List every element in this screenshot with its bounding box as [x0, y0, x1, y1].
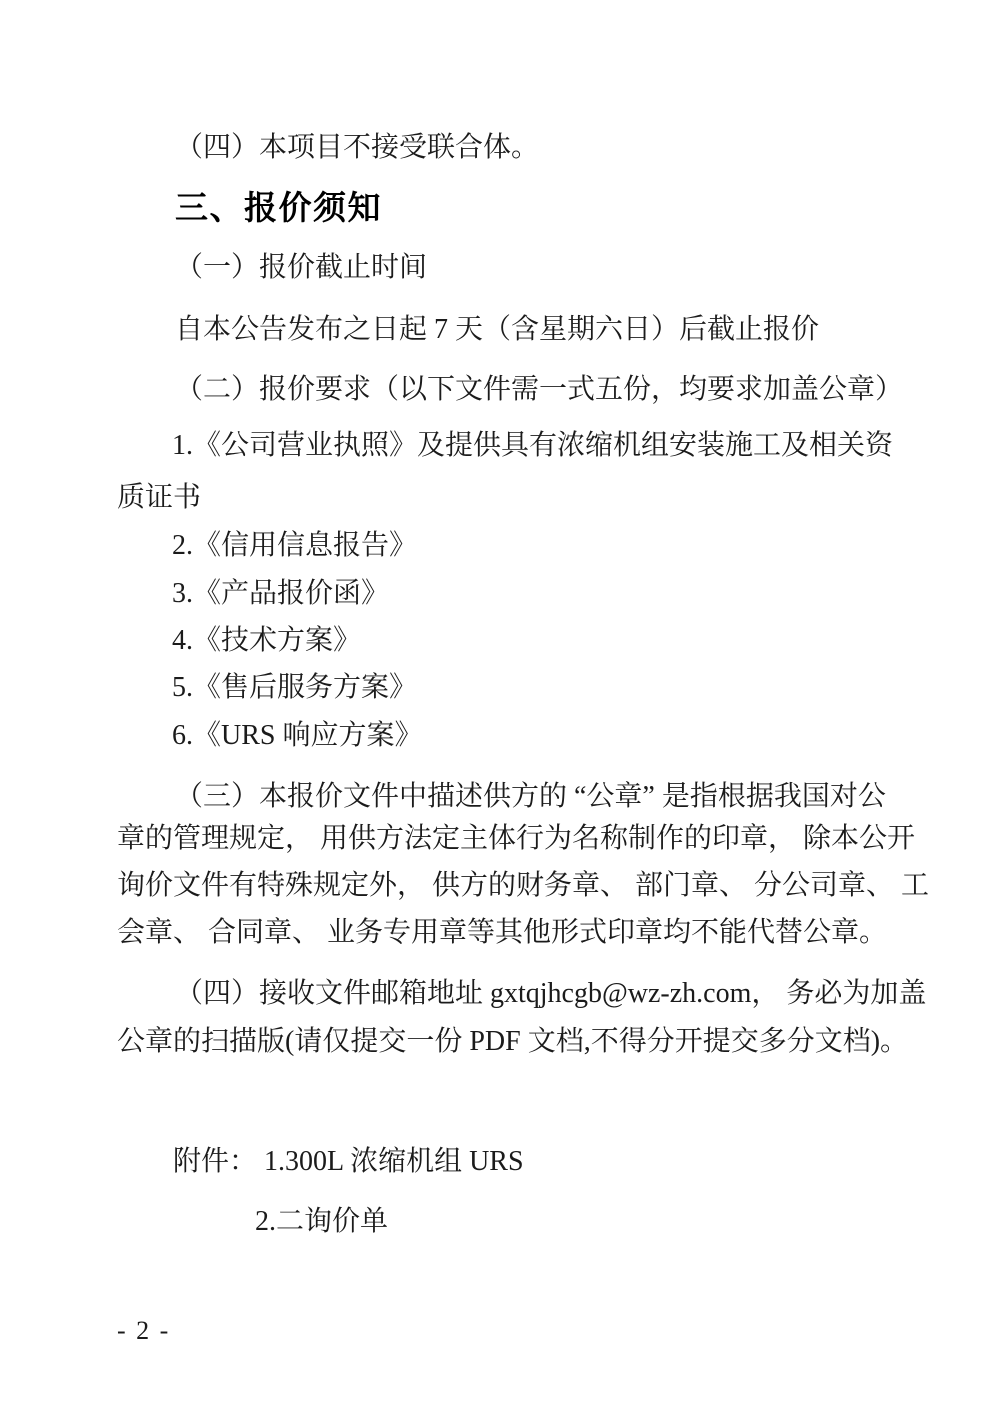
document-page: （四）本项目不接受联合体。 三、报价须知 （一）报价截止时间 自本公告发布之日起…	[0, 0, 1000, 1414]
requirement-item-6: 6.《URS 响应方案》	[172, 719, 422, 753]
requirement-item-2: 2.《信用信息报告》	[172, 529, 417, 563]
subheading-quote-requirements: （二）报价要求（以下文件需一式五份，均要求加盖公章）	[175, 373, 903, 407]
requirement-item-1-line-2: 质证书	[117, 481, 201, 515]
quote-deadline-text: 自本公告发布之日起 7 天（含星期六日）后截止报价	[175, 313, 819, 347]
page-number: - 2 -	[117, 1316, 170, 1346]
section2-item4-line: （四）本项目不接受联合体。	[175, 131, 539, 165]
attachment-item-1: 附件： 1.300L 浓缩机组 URS	[173, 1145, 524, 1179]
seal-paragraph-line-3: 询价文件有特殊规定外， 供方的财务章、 部门章、 分公司章、 工	[117, 869, 929, 903]
requirement-item-5: 5.《售后服务方案》	[172, 671, 417, 705]
email-paragraph-line-1: （四）接收文件邮箱地址 gxtqjhcgb@wz-zh.com， 务必为加盖	[175, 977, 926, 1011]
requirement-item-4: 4.《技术方案》	[172, 624, 361, 658]
seal-paragraph-line-4: 会章、 合同章、 业务专用章等其他形式印章均不能代替公章。	[117, 916, 887, 950]
attachment-item-2: 2.二询价单	[255, 1205, 388, 1239]
seal-paragraph-line-1: （三）本报价文件中描述供方的 “公章” 是指根据我国对公	[175, 780, 886, 814]
seal-paragraph-line-2: 章的管理规定， 用供方法定主体行为名称制作的印章， 除本公开	[117, 822, 915, 856]
requirement-item-3: 3.《产品报价函》	[172, 577, 389, 611]
subheading-quote-deadline: （一）报价截止时间	[175, 251, 427, 285]
email-paragraph-line-2: 公章的扫描版(请仅提交一份 PDF 文档,不得分开提交多分文档)。	[117, 1025, 908, 1059]
section3-heading: 三、报价须知	[175, 189, 382, 227]
requirement-item-1-line-1: 1.《公司营业执照》及提供具有浓缩机组安装施工及相关资	[172, 429, 893, 463]
